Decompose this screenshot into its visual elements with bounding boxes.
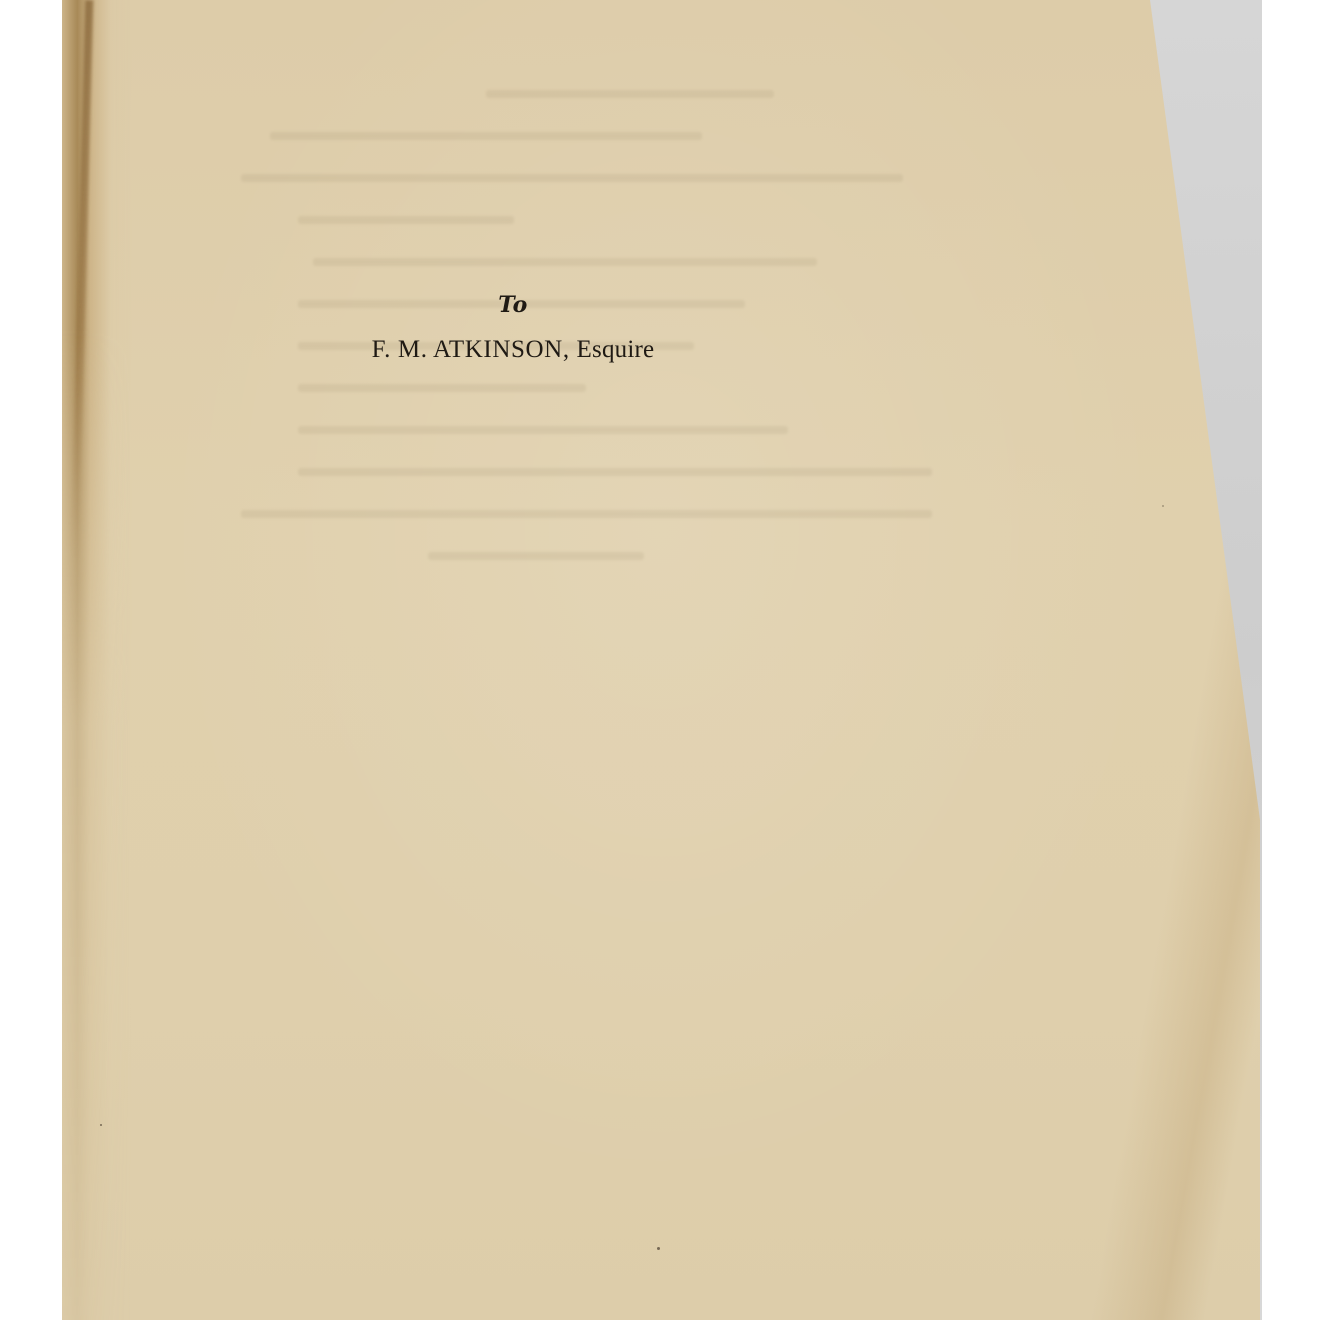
dedication-recipient: F. M. ATKINSON, Esquire [0, 336, 1174, 364]
dedication-to: To [0, 292, 1174, 318]
paper-speck [1162, 505, 1164, 507]
paper-speck [657, 1247, 660, 1250]
recipient-name: F. M. ATKINSON, [372, 336, 570, 363]
paper-page [62, 0, 1262, 1320]
book-page-photo [62, 0, 1262, 1320]
paper-speck [100, 1124, 102, 1126]
book-gutter-shadow [62, 0, 132, 1320]
recipient-honorific: Esquire [577, 336, 655, 363]
gutter-fold-line [71, 0, 94, 560]
